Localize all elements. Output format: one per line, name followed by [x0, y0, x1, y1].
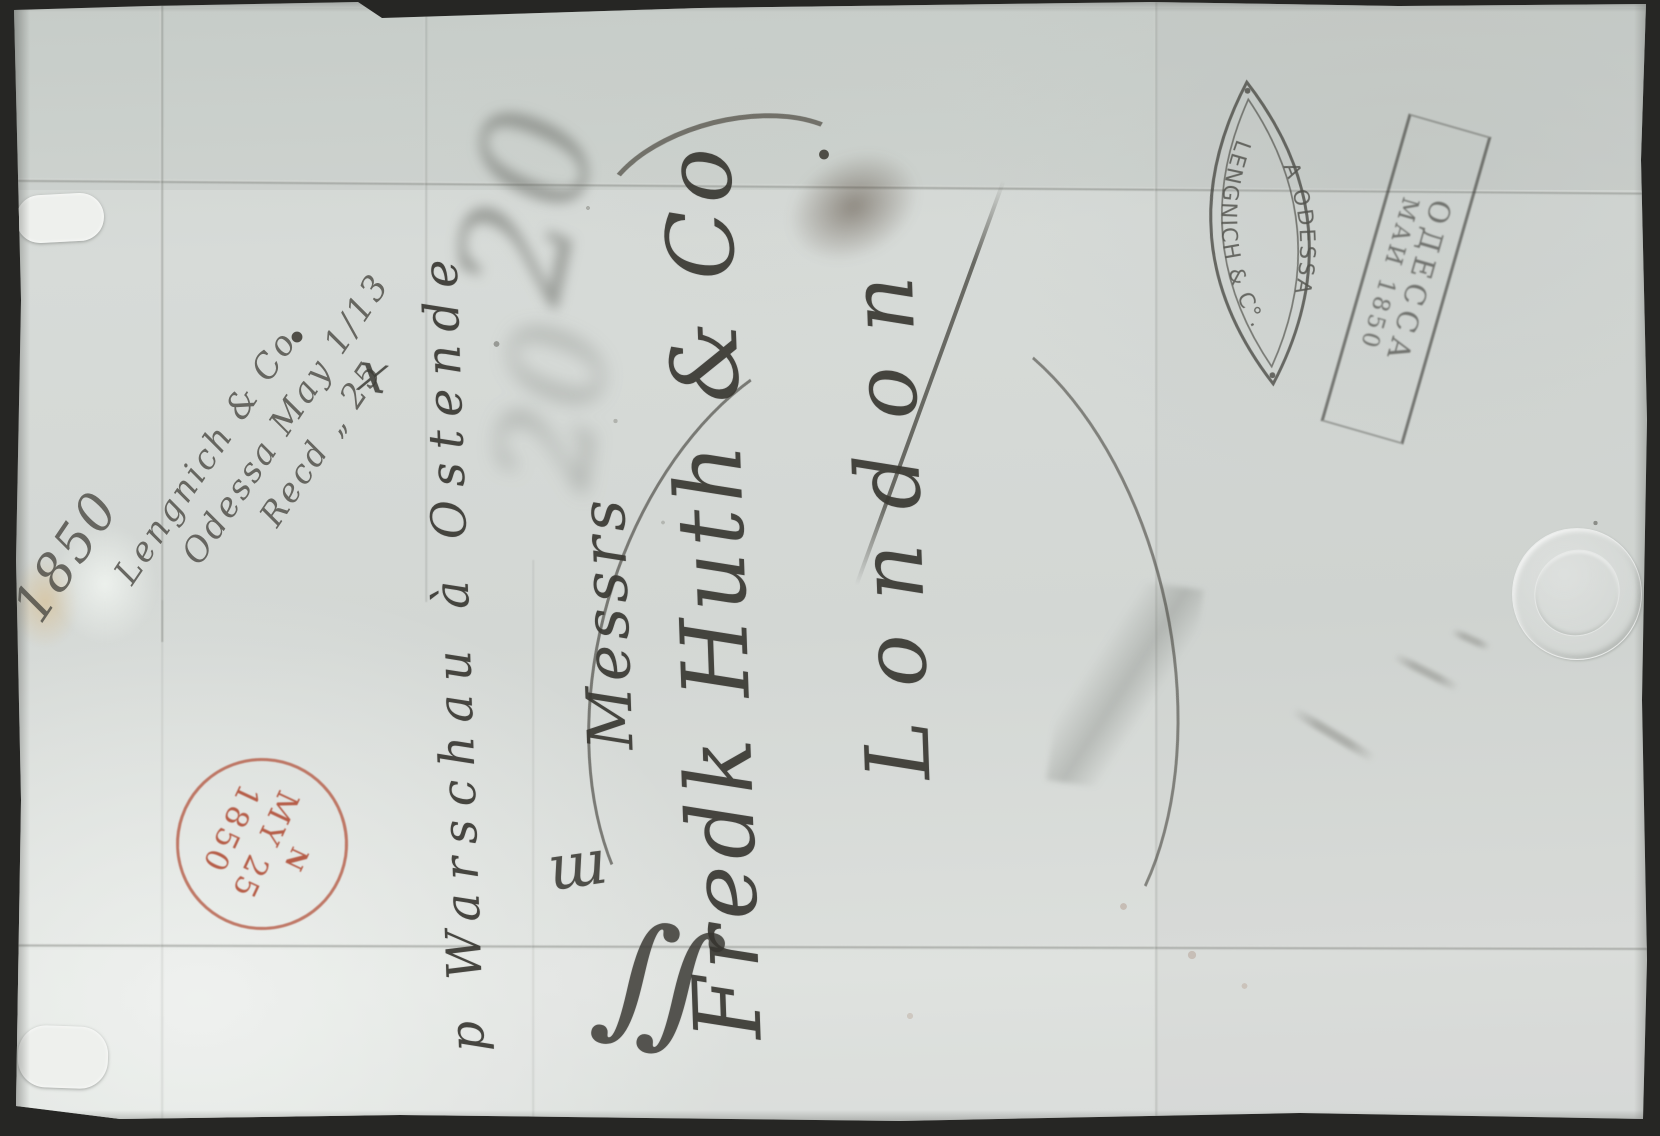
- address-route-line: p Warschau à Ostende: [412, 246, 496, 1053]
- pen-squiggle: ɯ: [543, 824, 613, 905]
- letter-paper: 1850 Lengnich & Co Odessa May 1/13 Recd …: [0, 0, 1660, 1136]
- svg-text:A ODESSA: A ODESSA: [1277, 158, 1325, 301]
- embossed-seal-monogram: [1517, 533, 1636, 653]
- oval-place-text: A ODESSA: [1277, 158, 1325, 301]
- embossed-seal: [1512, 528, 1642, 660]
- photo-of-folded-letter: 1850 Lengnich & Co Odessa May 1/13 Recd …: [0, 0, 1660, 1136]
